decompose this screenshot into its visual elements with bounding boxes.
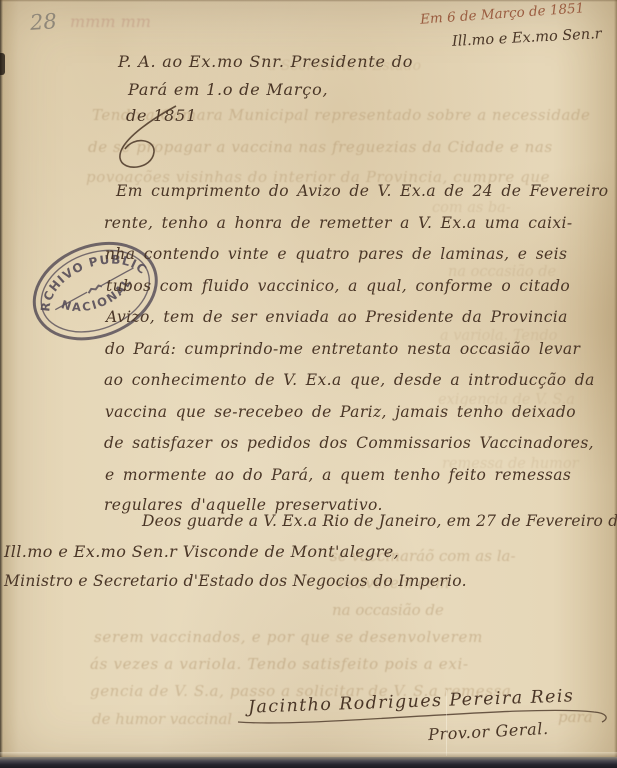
body-line: de satisfazer os pedidos dos Commissario… xyxy=(104,434,594,452)
salutation-note: Ill.mo e Ex.mo Sen.r xyxy=(452,26,602,50)
body-line: nha contendo vinte e quatro pares de lam… xyxy=(105,245,567,263)
body-line: vaccina que se-recebeo de Pariz, jamais … xyxy=(105,403,576,421)
addressee-name: Ill.mo e Ex.mo Sen.r Visconde de Mont'al… xyxy=(4,542,399,561)
body-line: tubos com fluido vaccinico, a qual, conf… xyxy=(106,277,570,295)
scan-edge-notch xyxy=(0,53,5,75)
scan-edge-left xyxy=(0,0,3,768)
body-line: e mormente ao do Pará, a quem tenho feit… xyxy=(105,466,571,484)
heading-line: Pará em 1.o de Março, xyxy=(128,80,328,99)
received-date-note: Em 6 de Março de 1851 xyxy=(420,0,585,27)
document-scan: a Secretaria d'Estado Tendo a Camara Mun… xyxy=(0,0,617,768)
addressee-title: Ministro e Secretario d'Estado dos Negoc… xyxy=(4,572,467,590)
scan-background-strip xyxy=(0,757,617,768)
body-line: Em cumprimento do Avizo de V. Ex.a de 24… xyxy=(116,182,617,200)
heading-line: P. A. ao Ex.mo Snr. Presidente do xyxy=(118,52,413,71)
pencil-scribble: mmm mm xyxy=(70,12,151,31)
closing-line: Deos guarde a V. Ex.a Rio de Janeiro, em… xyxy=(142,512,617,530)
archive-number: 28 xyxy=(29,9,57,35)
body-line: rente, tenho a honra de remetter a V. Ex… xyxy=(104,214,572,232)
scan-edge-top xyxy=(0,0,617,2)
body-line: Avizo, tem de ser enviada ao Presidente … xyxy=(106,308,568,326)
body-line: ao conhecimento de V. Ex.a que, desde a … xyxy=(104,371,595,389)
bleedthrough-line: serem vaccinados, e por que se desenvolv… xyxy=(94,628,483,646)
body-line: do Pará: cumprindo-me entretanto nesta o… xyxy=(105,340,580,358)
bleedthrough-line: de humor vaccinal xyxy=(92,710,232,728)
heading-flourish xyxy=(108,104,228,176)
paper-fold-crease xyxy=(446,690,447,756)
signature-flourish xyxy=(234,700,616,728)
bleedthrough-line: na occasião de xyxy=(332,601,444,619)
bleedthrough-line: ás vezes a variola. Tendo satisfeito poi… xyxy=(90,655,469,673)
